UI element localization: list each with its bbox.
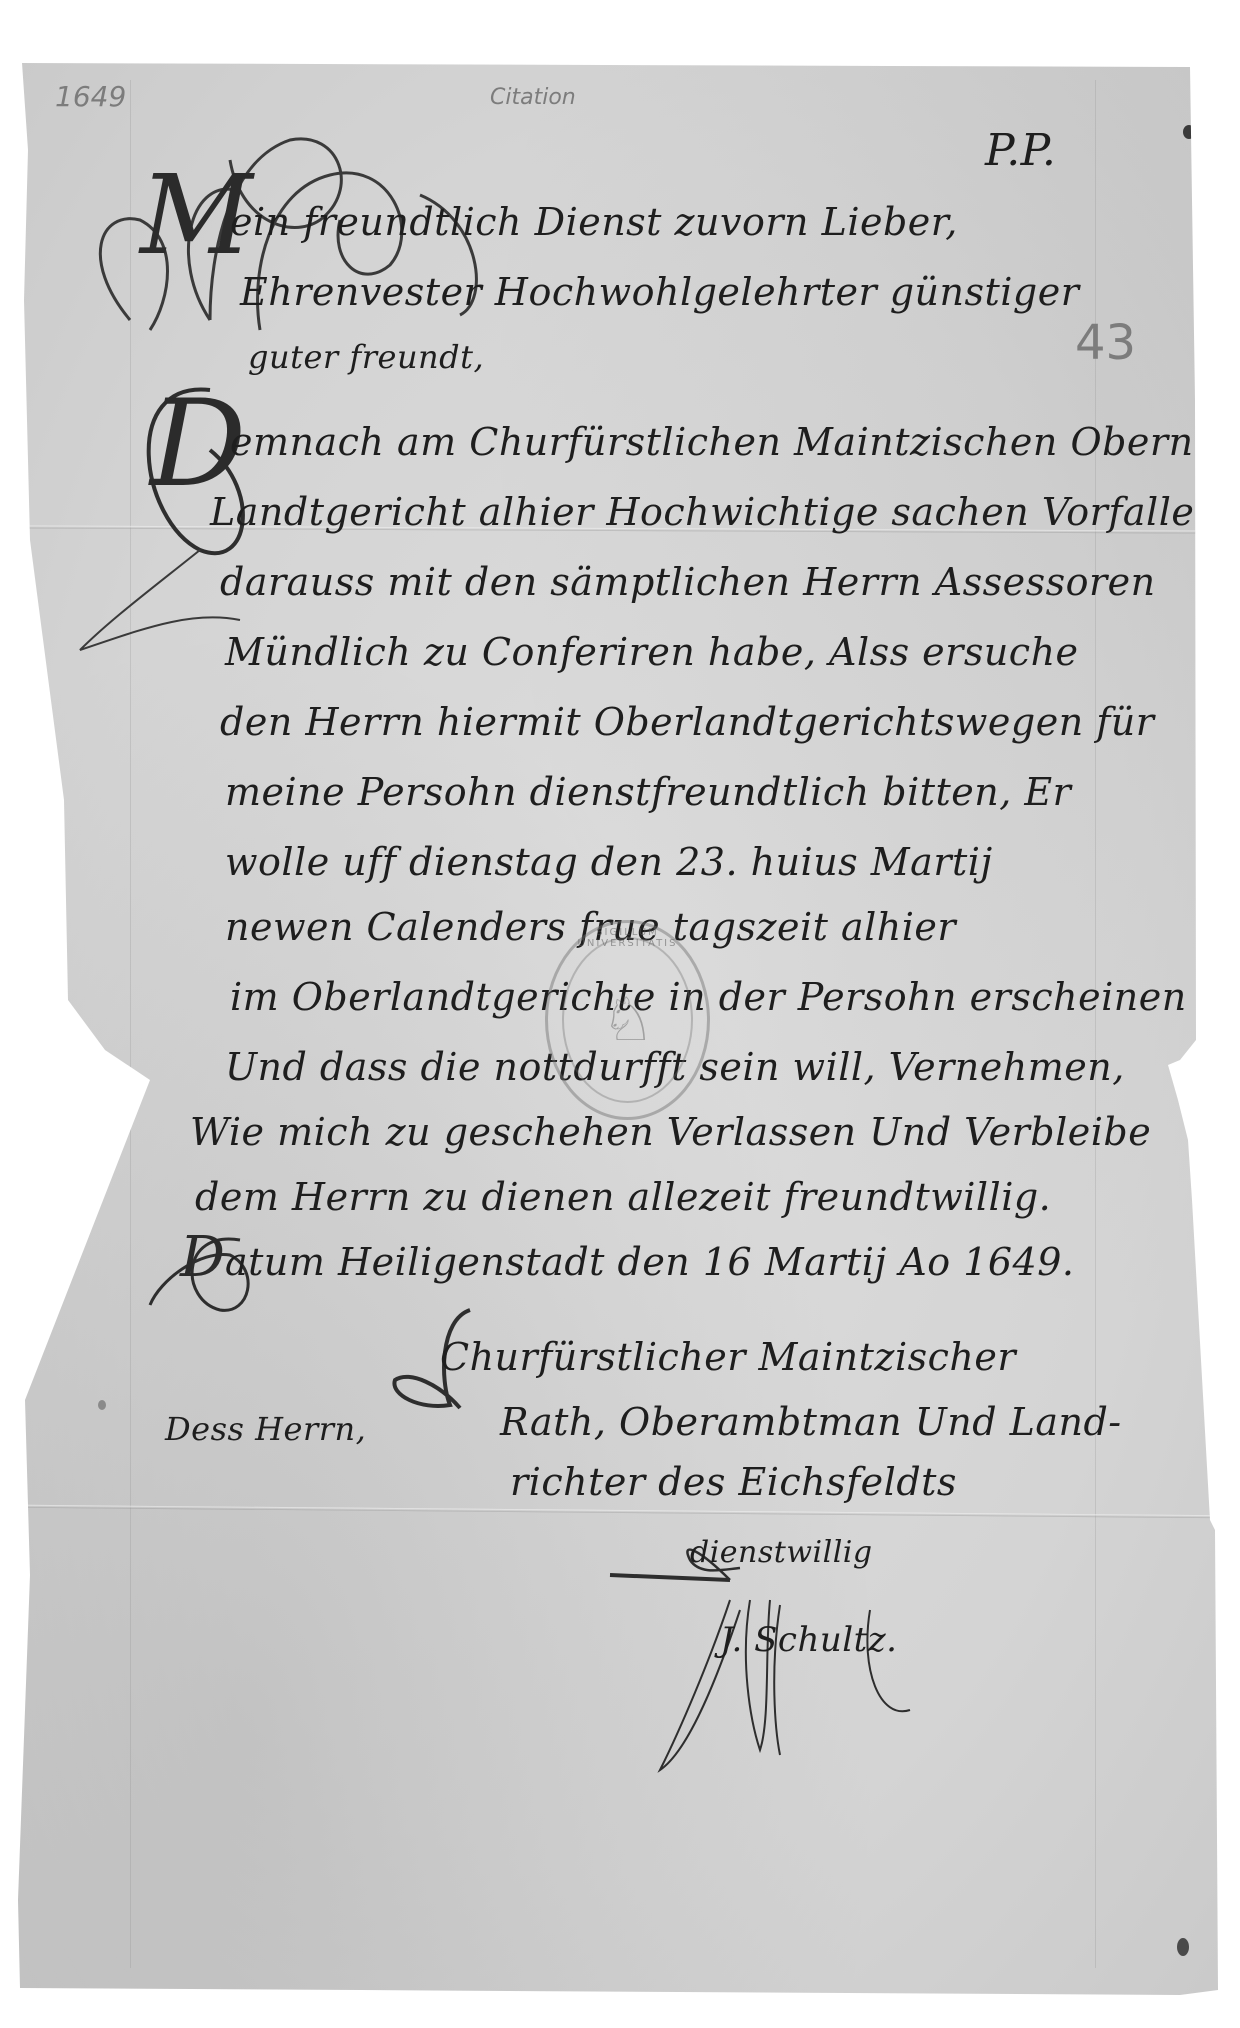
closing-title-line: Churfürstlicher Maintzischer	[440, 1335, 1016, 1379]
ink-stain	[1183, 125, 1195, 139]
ink-stain	[98, 1400, 106, 1410]
dating-initial: D	[180, 1230, 225, 1286]
body-line: emnach am Churfürstlichen Maintzischen O…	[230, 420, 1194, 464]
seal-legend: SIGILLUM UNIVERSITATIS	[548, 927, 707, 949]
letter-paper: 1649 Citation 43 M P.P. ein freundtlich …	[0, 0, 1240, 2028]
opening-line: Ehrenvester Hochwohlgelehrter günstiger	[240, 270, 1079, 314]
signature-name: J. Schultz.	[720, 1620, 898, 1660]
body-line: Mündlich zu Conferiren habe, Alss ersuch…	[225, 630, 1079, 674]
addressee-closing: Dess Herrn,	[165, 1410, 366, 1448]
paper-fold	[22, 1505, 1217, 1518]
closing-title-line: richter des Eichsfeldts	[510, 1460, 957, 1504]
body-line: Wie mich zu geschehen Verlassen Und Verb…	[190, 1110, 1151, 1154]
body-line: wolle uff dienstag den 23. huius Martij	[225, 840, 993, 884]
folio-number: 43	[1075, 315, 1136, 371]
body-line: darauss mit den sämptlichen Herrn Assess…	[220, 560, 1156, 604]
ink-stain	[1177, 1938, 1189, 1956]
signature-courtesy: dienstwillig	[690, 1535, 873, 1570]
body-line: meine Persohn dienstfreundtlich bitten, …	[225, 770, 1071, 814]
paper-grain-line	[130, 80, 131, 1968]
archive-category-note: Citation	[490, 85, 576, 110]
dating-line: atum Heiligenstadt den 16 Martij Ao 1649…	[225, 1240, 1075, 1284]
opening-line: guter freundt,	[248, 338, 484, 376]
body-line: den Herrn hiermit Oberlandtgerichtswegen…	[220, 700, 1154, 744]
closing-title-line: Rath, Oberambtman Und Land-	[500, 1400, 1122, 1444]
opening-line: ein freundtlich Dienst zuvorn Lieber,	[230, 200, 958, 244]
body-line: Landtgericht alhier Hochwichtige sachen …	[210, 490, 1219, 534]
lion-emblem-icon: ♘	[593, 978, 663, 1063]
salutation-mark: P.P.	[985, 125, 1056, 176]
body-line: dem Herrn zu dienen allezeit freundtwill…	[195, 1175, 1051, 1219]
university-seal-stamp: SIGILLUM UNIVERSITATIS ♘	[545, 920, 710, 1120]
